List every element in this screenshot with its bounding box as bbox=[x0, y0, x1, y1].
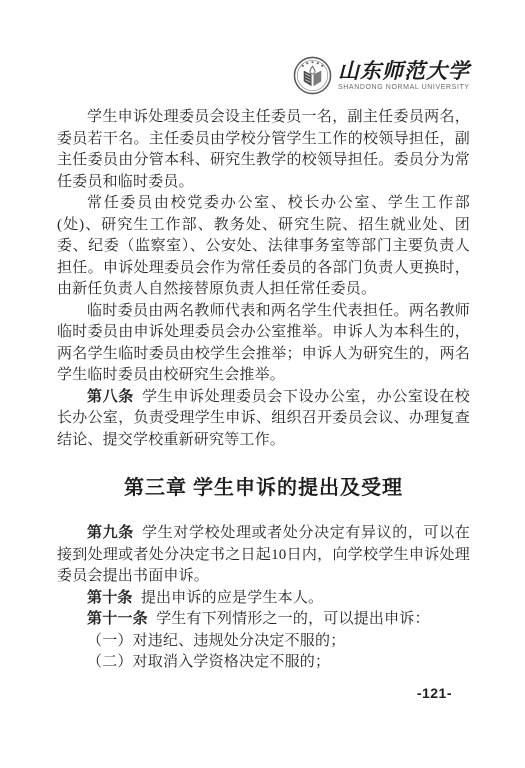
paragraph-article-8: 第八条学生申诉处理委员会下设办公室，办公室设在校长办公室，负责受理学生申诉、组织… bbox=[57, 387, 470, 452]
article-11-label: 第十一条 bbox=[87, 611, 148, 627]
university-seal-icon bbox=[293, 56, 332, 95]
paragraph-article-11: 第十一条学生有下列情形之一的，可以提出申诉： bbox=[57, 609, 470, 631]
article-9-label: 第九条 bbox=[87, 525, 134, 541]
article-11-text: 学生有下列情形之一的，可以提出申诉： bbox=[156, 611, 430, 627]
document-body: 学生申诉处理委员会设主任委员一名，副主任委员两名，委员若干名。主任委员由学校分管… bbox=[57, 107, 470, 674]
list-item-1: （一）对违纪、违规处分决定不服的； bbox=[57, 631, 470, 653]
university-logo-text: 山东师范大学 SHANDONG NORMAL UNIVERSITY bbox=[338, 59, 470, 92]
paragraph-permanent-members: 常任委员由校党委办公室、校长办公室、学生工作部(处)、研究生工作部、教务处、研究… bbox=[57, 193, 470, 301]
article-10-label: 第十条 bbox=[87, 590, 133, 606]
page-number: -121- bbox=[417, 685, 452, 701]
paragraph-temporary-members: 临时委员由两名教师代表和两名学生代表担任。两名教师临时委员由申诉处理委员会办公室… bbox=[57, 301, 470, 387]
university-name-en: SHANDONG NORMAL UNIVERSITY bbox=[338, 83, 470, 92]
article-8-label: 第八条 bbox=[87, 389, 134, 405]
university-logo: 山东师范大学 SHANDONG NORMAL UNIVERSITY bbox=[293, 56, 470, 95]
document-page: 山东师范大学 SHANDONG NORMAL UNIVERSITY 学生申诉处理… bbox=[0, 0, 525, 768]
university-name-cn: 山东师范大学 bbox=[338, 59, 470, 83]
article-10-text: 提出申诉的应是学生本人。 bbox=[141, 590, 323, 606]
list-item-2: （二）对取消入学资格决定不服的； bbox=[57, 652, 470, 674]
chapter-heading: 第三章 学生申诉的提出及受理 bbox=[57, 474, 470, 502]
paragraph-article-10: 第十条提出申诉的应是学生本人。 bbox=[57, 588, 470, 610]
paragraph-committee-composition: 学生申诉处理委员会设主任委员一名，副主任委员两名，委员若干名。主任委员由学校分管… bbox=[57, 107, 470, 193]
paragraph-article-9: 第九条学生对学校处理或者处分决定有异议的，可以在接到处理或者处分决定书之日起10… bbox=[57, 523, 470, 588]
